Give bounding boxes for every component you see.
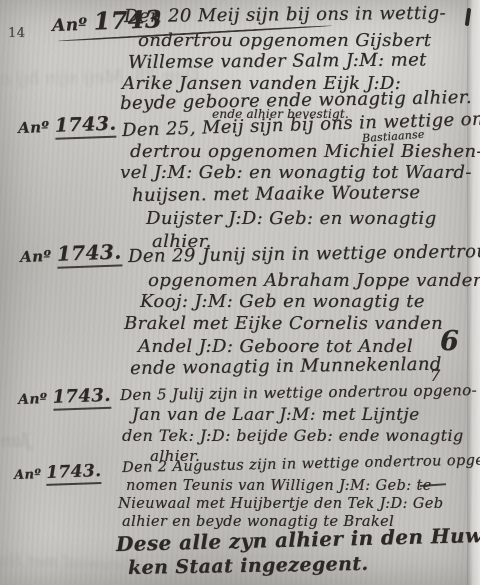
entry-line: vel J:M: Geb: en wonagtig tot Waard- xyxy=(120,162,472,183)
bleedthrough-text: Jan van de Laar J:M: met Lijntje xyxy=(0,430,30,461)
entry-line: opgenomen Abraham Joppe vander xyxy=(148,270,480,291)
entry-line: huijsen. met Maaike Wouterse xyxy=(132,182,421,206)
ink-flourish: 6 xyxy=(440,326,459,357)
entry-line: ende wonagtig in Munnekenland xyxy=(130,354,442,379)
closing-line: ken Staat ingezegent. xyxy=(128,553,369,579)
margin-year-prefix: Anº xyxy=(18,118,50,137)
margin-year-prefix: Anº xyxy=(14,467,42,483)
margin-year-value: 1743. xyxy=(46,461,102,486)
margin-year-prefix: Anº xyxy=(18,391,48,408)
entry-line: nomen Teunis van Willigen J:M: Geb: te xyxy=(126,478,432,494)
entry-line: Brakel met Eijke Cornelis vanden xyxy=(124,313,443,334)
margin-year-prefix: Anº xyxy=(52,15,88,36)
margin-year-prefix: Anº xyxy=(20,247,52,266)
page-number: 14 xyxy=(8,26,25,41)
manuscript-page: opgenomen Abraham Joppe vander huijsen. … xyxy=(0,0,480,585)
margin-year-label: Anº 1743. xyxy=(14,461,102,484)
entry-line: Den 5 Julij zijn in wettige ondertrou op… xyxy=(120,381,477,404)
entry-line: Nieuwaal met Huijbertje den Tek J:D: Geb xyxy=(118,496,443,512)
margin-year-label: Anº 1743. xyxy=(18,385,112,409)
entry-line: den Tek: J:D: beijde Geb: ende wonagtig xyxy=(122,426,464,445)
ink-flourish: 7 xyxy=(430,366,441,385)
entry-line: dertrou opgenomen Michiel Bieshen- xyxy=(130,141,480,162)
entry-line: Kooj: J:M: Geb en wonagtig te xyxy=(140,291,425,312)
margin-year-label: Anº 1743. xyxy=(18,113,117,138)
margin-year-value: 1743. xyxy=(52,385,111,411)
entry-line: Den 20 Meij sijn bij ons in wettig- xyxy=(124,3,446,27)
margin-year-value: 1743. xyxy=(54,113,116,140)
entry-line: Jan van de Laar J:M: met Lijntje xyxy=(132,405,420,425)
strikethrough-mark xyxy=(420,483,446,487)
margin-year-value: 1743. xyxy=(56,239,122,268)
entry-line: Duijster J:D: Geb: en wonagtig xyxy=(146,208,437,229)
entry-line: ondertrou opgenomen Gijsbert xyxy=(138,30,431,51)
entry-line: Willemse vander Salm J:M: met xyxy=(128,49,427,73)
margin-year-label: Anº 1743. xyxy=(20,239,122,267)
entry-line: Den 29 Junij sijn in wettige ondertrou xyxy=(128,241,480,267)
